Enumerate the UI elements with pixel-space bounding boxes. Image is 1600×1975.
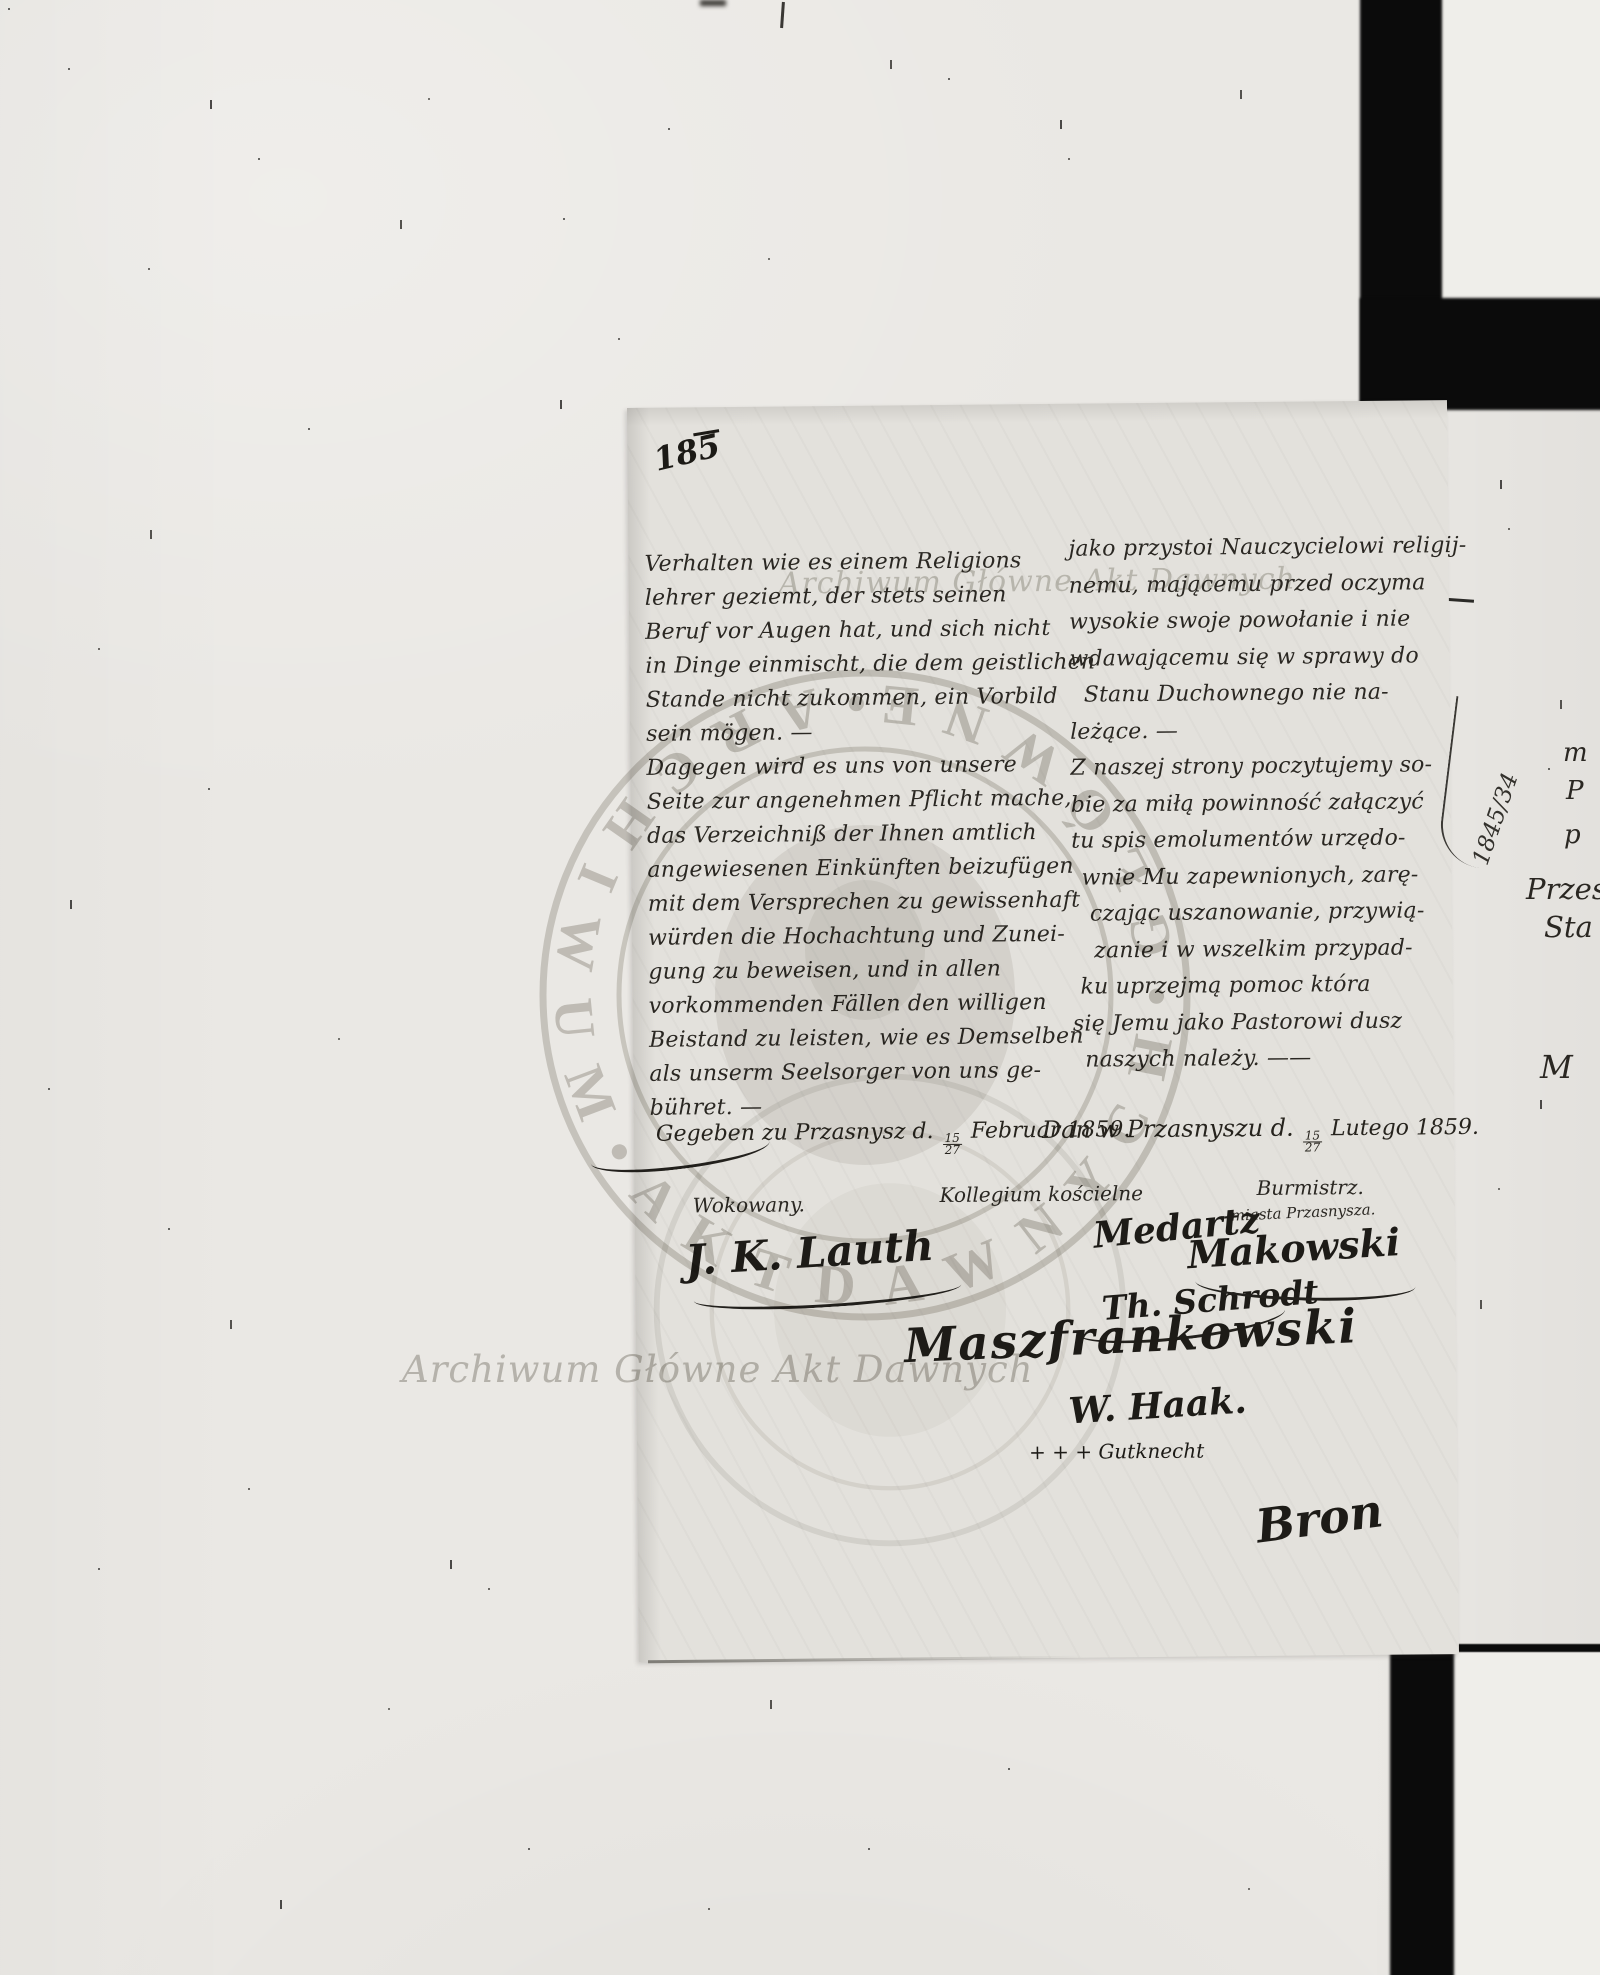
film-scratches bbox=[210, 100, 212, 109]
next-page-fragment: M bbox=[1540, 1048, 1573, 1086]
next-page-fragment: Przes bbox=[1526, 872, 1600, 906]
manuscript-line: jako przystoi Nauczycielowi religij- bbox=[1068, 528, 1444, 568]
watermark-text-lower: Archiwum Główne Akt Dawnych bbox=[402, 1348, 1034, 1391]
next-page-fragment: Sta bbox=[1544, 910, 1593, 944]
film-edge-mark bbox=[780, 2, 785, 28]
label-mayor: Burmistrz. bbox=[1256, 1175, 1363, 1200]
manuscript-line: lehrer geziemt, der stets seinen bbox=[645, 578, 1075, 616]
film-frame-gap-bottom bbox=[1454, 1652, 1600, 1975]
next-page-fragment: p bbox=[1564, 820, 1581, 850]
film-mask-bar-bottom bbox=[1390, 1650, 1454, 1975]
film-edge-smudge bbox=[700, 0, 726, 6]
manuscript-line: Beruf vor Augen hat, und sich nicht bbox=[645, 612, 1075, 650]
next-page-fragment: P bbox=[1566, 776, 1584, 806]
signature-paraph: Bron bbox=[1253, 1483, 1386, 1553]
manuscript-line: nemu, mającemu przed oczyma bbox=[1069, 565, 1445, 605]
film-mask-bar-top-right bbox=[1360, 298, 1600, 410]
manuscript-line: wysokie swoje powołanie i nie bbox=[1069, 601, 1445, 641]
manuscript-line: Verhalten wie es einem Religions bbox=[644, 544, 1074, 582]
film-frame-gap bbox=[1442, 0, 1600, 300]
date-fraction: 15 27 bbox=[1303, 1130, 1323, 1153]
microfilm-scan: 185 Archiwum Główne Akt Dawnych Verhalte… bbox=[0, 0, 1600, 1975]
page-number: 185 bbox=[650, 426, 724, 479]
next-page-fragment: m bbox=[1563, 738, 1588, 768]
dust-specks bbox=[8, 8, 10, 10]
archive-stamp-watermark-lower bbox=[640, 1060, 1140, 1560]
